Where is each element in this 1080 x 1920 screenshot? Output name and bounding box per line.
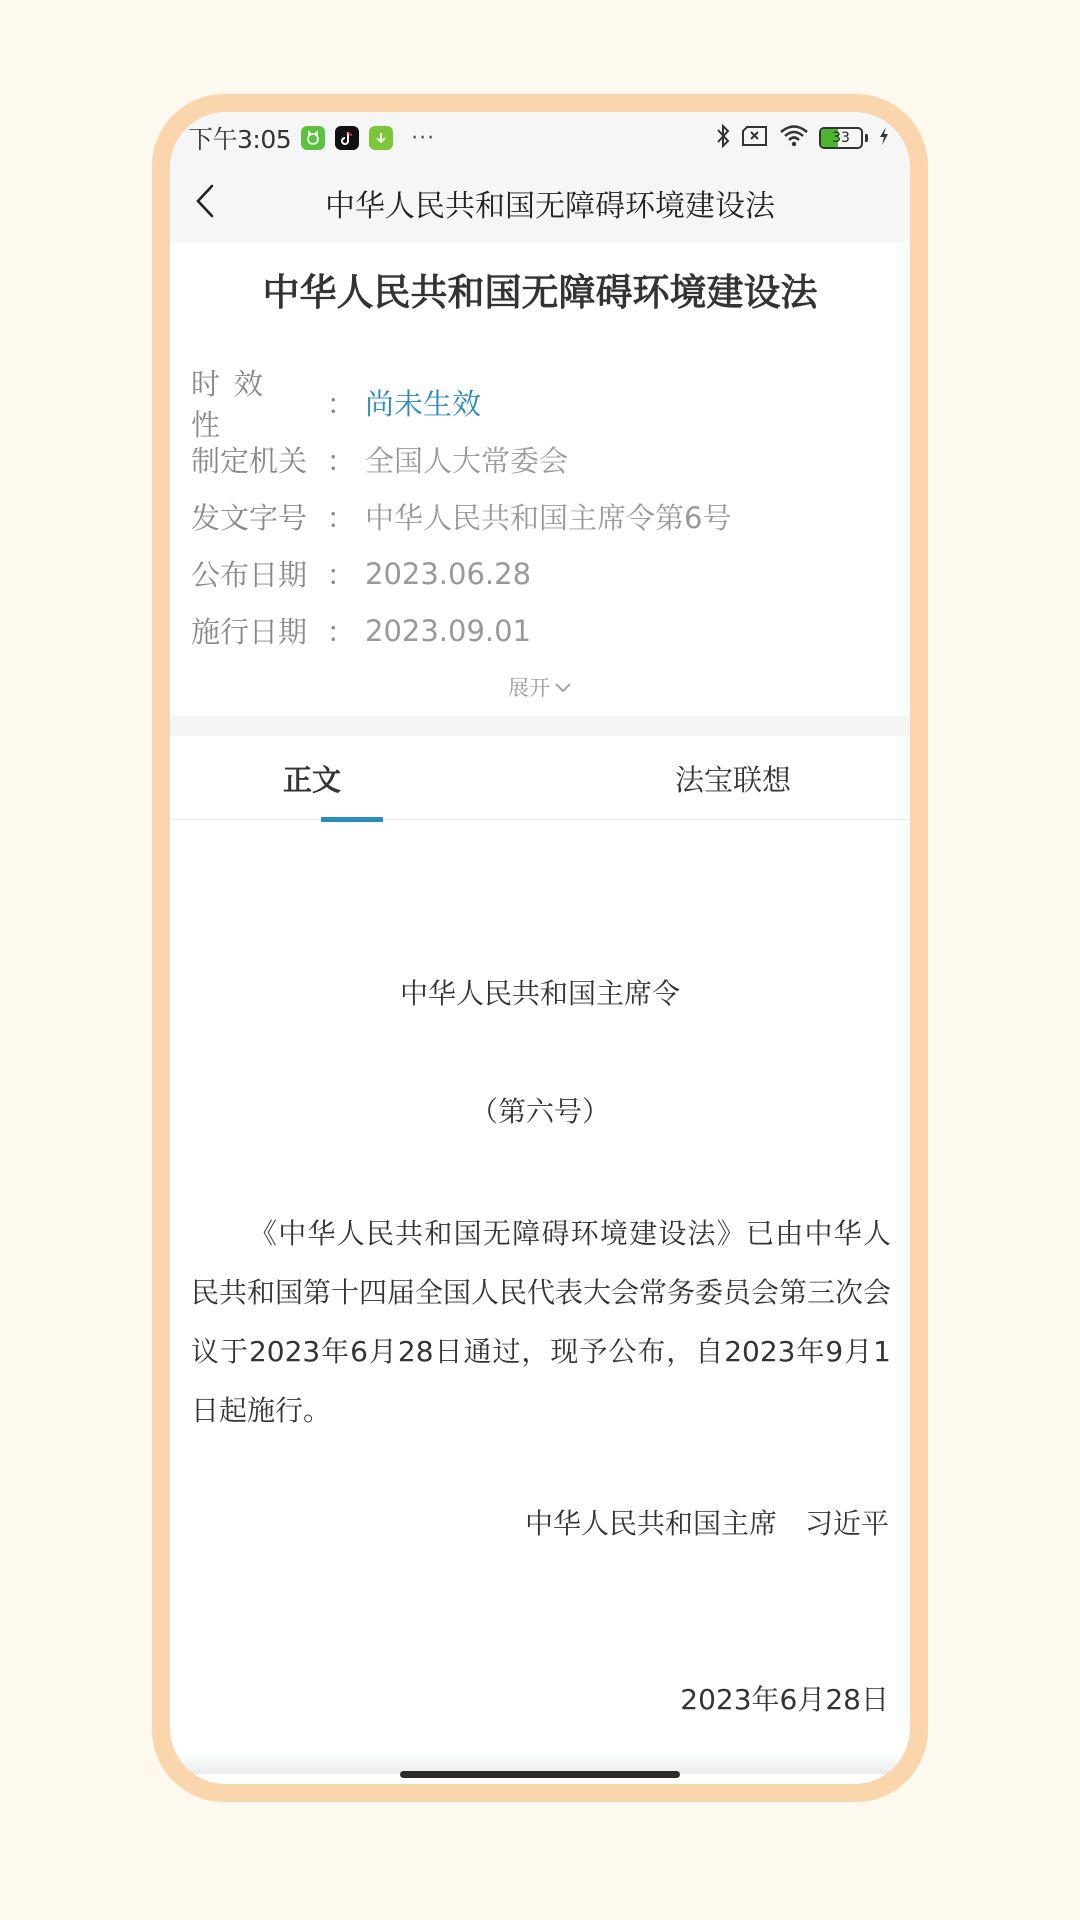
tab-related[interactable]: 法宝联想 <box>668 736 798 820</box>
meta-label: 发文字号 <box>191 496 317 537</box>
meta-value: 全国人大常委会 <box>365 439 568 480</box>
order-paragraph: 《中华人民共和国无障碍环境建设法》已由中华人民共和国第十四届全国人民代表大会常务… <box>191 1204 891 1440</box>
meta-row-publish-date: 公布日期 ： 2023.06.28 <box>191 545 891 602</box>
share-button[interactable]: 分享 <box>762 1774 910 1784</box>
document-meta: 时效性 ： 尚未生效 制定机关 ： 全国人大常委会 发文字号 ： 中华人民共和国… <box>191 374 891 659</box>
meta-row-validity: 时效性 ： 尚未生效 <box>191 374 891 431</box>
meta-row-doc-number: 发文字号 ： 中华人民共和国主席令第6号 <box>191 488 891 545</box>
back-button[interactable] <box>170 164 240 242</box>
meta-colon: ： <box>317 610 365 651</box>
meta-value: 2023.06.28 <box>365 557 531 591</box>
meta-label: 制定机关 <box>191 439 317 480</box>
charging-icon <box>878 126 890 151</box>
nav-title: 中华人民共和国无障碍环境建设法 <box>170 181 910 225</box>
wifi-icon <box>779 124 809 153</box>
tiktok-icon <box>335 126 359 150</box>
validity-status: 尚未生效 <box>365 382 481 423</box>
status-bar-right: 33 <box>715 123 890 154</box>
expand-button[interactable]: 展开 <box>170 672 910 702</box>
meta-row-effective-date: 施行日期 ： 2023.09.01 <box>191 602 891 659</box>
toc-button[interactable]: 目录 <box>170 1774 318 1784</box>
battery-level: 33 <box>821 130 861 146</box>
meta-colon: ： <box>317 496 365 537</box>
order-title: 中华人民共和国主席令 <box>170 972 910 1012</box>
download-icon <box>369 126 393 150</box>
expand-label: 展开 <box>508 672 550 702</box>
meta-row-authority: 制定机关 ： 全国人大常委会 <box>191 431 891 488</box>
order-number: （第六号） <box>170 1090 910 1130</box>
sign-date: 2023年6月28日 <box>680 1678 889 1718</box>
chevron-left-icon <box>195 184 215 222</box>
status-bar: 下午3:05 ··· <box>170 112 910 164</box>
status-time: 下午3:05 <box>188 120 291 156</box>
app-green-cat-icon <box>301 126 325 150</box>
battery-icon: 33 <box>819 127 863 149</box>
meta-colon: ： <box>317 439 365 480</box>
nav-bar: 中华人民共和国无障碍环境建设法 <box>170 164 910 242</box>
battery-tip <box>865 134 868 142</box>
bluetooth-icon <box>715 123 731 154</box>
phone-screen: 下午3:05 ··· <box>170 112 910 1784</box>
more-notifications-icon: ··· <box>411 126 435 151</box>
tab-bar: 正文 法宝联想 <box>170 736 910 820</box>
signer: 中华人民共和国主席 习近平 <box>525 1502 889 1542</box>
battery-indicator: 33 <box>819 127 868 149</box>
section-divider <box>170 716 910 736</box>
meta-value: 中华人民共和国主席令第6号 <box>365 496 731 537</box>
meta-colon: ： <box>317 382 365 423</box>
meta-colon: ： <box>317 553 365 594</box>
tab-main-text[interactable]: 正文 <box>282 736 342 820</box>
chevron-down-icon <box>554 675 572 699</box>
home-indicator[interactable] <box>400 1771 680 1778</box>
status-bar-left: 下午3:05 ··· <box>188 120 435 156</box>
meta-label: 施行日期 <box>191 610 317 651</box>
active-tab-indicator <box>321 817 383 822</box>
meta-value: 2023.09.01 <box>365 614 531 648</box>
sim-disabled-icon <box>741 125 769 152</box>
meta-label: 公布日期 <box>191 553 317 594</box>
meta-label: 时效性 <box>191 362 317 444</box>
document-title: 中华人民共和国无障碍环境建设法 <box>170 262 910 316</box>
